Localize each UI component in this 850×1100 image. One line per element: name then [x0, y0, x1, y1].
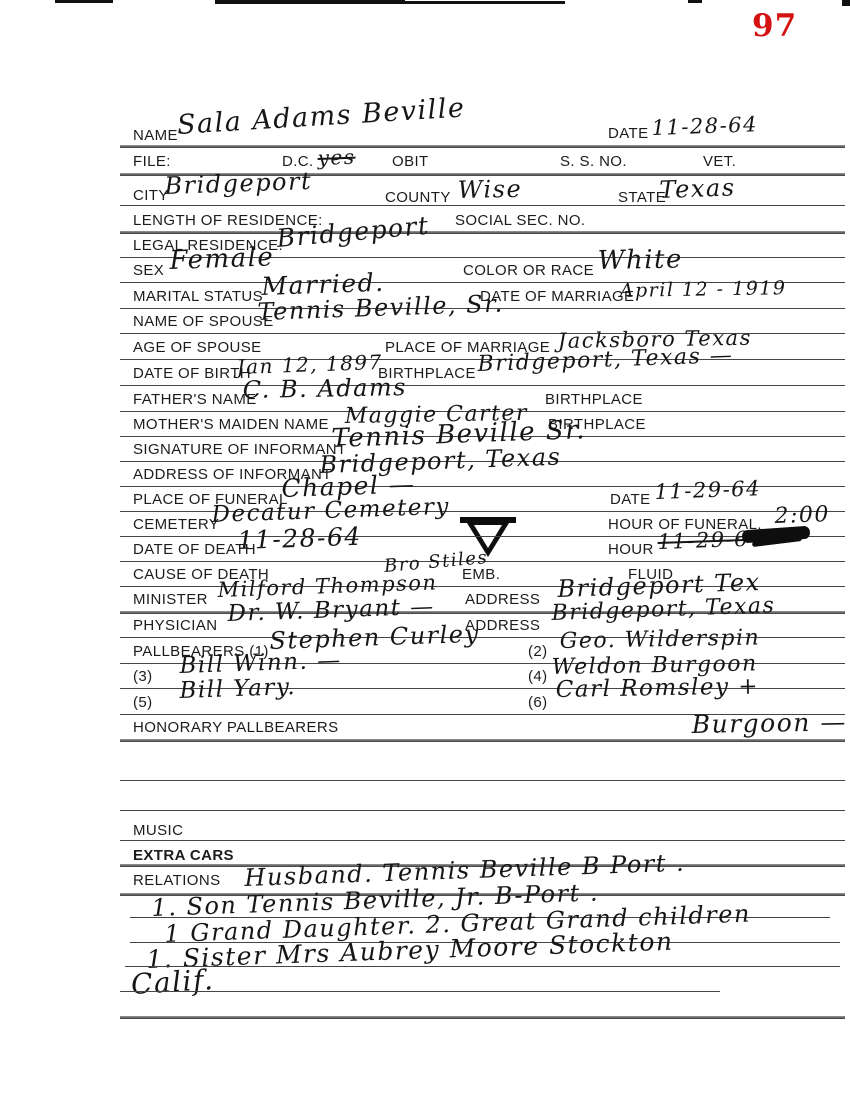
funeral-date-label: DATE [610, 491, 651, 508]
color-or-race-label: COLOR OR RACE [463, 262, 594, 279]
p5-label: (5) [133, 694, 153, 711]
rule [120, 231, 845, 234]
city-label: CITY [133, 187, 169, 204]
name-value: Sala Adams Beville [176, 92, 466, 141]
rule [120, 205, 845, 206]
rule [120, 739, 845, 742]
pallbearer5-value: Bill Yary. [179, 674, 296, 704]
mothers-maiden-name-label: MOTHER'S MAIDEN NAME [133, 416, 329, 433]
page-number: 97 [752, 8, 797, 44]
rule [120, 145, 845, 148]
social-sec-no-label: SOCIAL SEC. NO. [455, 212, 585, 229]
hour-label: HOUR [608, 541, 654, 558]
scan-artifact [55, 0, 113, 3]
p4-label: (4) [528, 668, 548, 685]
name-of-spouse-label: NAME OF SPOUSE [133, 313, 274, 330]
fathers-name-value: C. B. Adams [243, 373, 408, 404]
file-label: FILE: [133, 153, 171, 170]
name-label: NAME [133, 127, 178, 144]
funeral-date-value: 11-29-64 [654, 476, 761, 504]
music-label: MUSIC [133, 822, 183, 839]
date-label: DATE [608, 125, 649, 142]
color-or-race-value: White [597, 245, 683, 276]
minister-label: MINISTER [133, 591, 208, 608]
date-of-marriage-value: April 12 - 1919 [620, 277, 787, 302]
emb-label: EMB. [462, 566, 500, 583]
dc-value: yes [317, 145, 356, 170]
signature-of-informant-label: SIGNATURE OF INFORMANT [133, 441, 347, 458]
city-value: Bridgeport [164, 167, 313, 200]
p6-label: (6) [528, 694, 548, 711]
ssno-label: S. S. NO. [560, 153, 627, 170]
p2-label: (2) [528, 643, 548, 660]
hour-of-funeral-value: 2:00 [774, 502, 830, 529]
cemetery-label: CEMETERY [133, 516, 219, 533]
rule [125, 966, 840, 967]
rule [120, 991, 720, 992]
state-value: Texas [659, 173, 736, 204]
rule [120, 840, 845, 841]
obit-label: OBIT [392, 153, 429, 170]
county-value: Wise [458, 175, 523, 204]
pallbearer2-value: Geo. Wilderspin [560, 626, 761, 654]
extra-cars-label: EXTRA CARS [133, 847, 234, 864]
age-of-spouse-label: AGE OF SPOUSE [133, 339, 262, 356]
rule [120, 810, 845, 811]
fathers-name-label: FATHER'S NAME [133, 391, 257, 408]
scan-artifact [688, 0, 702, 3]
honorary-extra-value: Burgoon — [691, 707, 847, 739]
relations-label: RELATIONS [133, 872, 221, 889]
scanned-funeral-record-page: 97 NAME Sala Adams Beville DATE 11-28-64… [0, 0, 850, 1100]
date-value: 11-28-64 [651, 112, 758, 140]
birthplace2-label: BIRTHPLACE [545, 391, 643, 408]
sex-label: SEX [133, 262, 164, 279]
date-of-death-value: 11-28-64 [237, 522, 362, 555]
rule [120, 385, 845, 386]
honorary-pallbearers-label: HONORARY PALLBEARERS [133, 719, 339, 736]
county-label: COUNTY [385, 189, 451, 206]
vet-label: VET. [703, 153, 736, 170]
scan-artifact [215, 0, 405, 4]
rule [120, 1016, 845, 1019]
rule [120, 780, 845, 781]
minister-address-label: ADDRESS [465, 591, 540, 608]
pallbearer6-value: Carl Romsley + [556, 673, 760, 703]
marital-status-label: MARITAL STATUS [133, 288, 263, 305]
scan-artifact [842, 0, 850, 6]
date-of-birth-label: DATE OF BIRTH [133, 365, 251, 382]
physician-label: PHYSICIAN [133, 617, 217, 634]
relations-line5: Calif. [130, 963, 215, 1001]
p3-label: (3) [133, 668, 153, 685]
scan-artifact [405, 1, 565, 4]
sex-value: Female [169, 242, 275, 276]
